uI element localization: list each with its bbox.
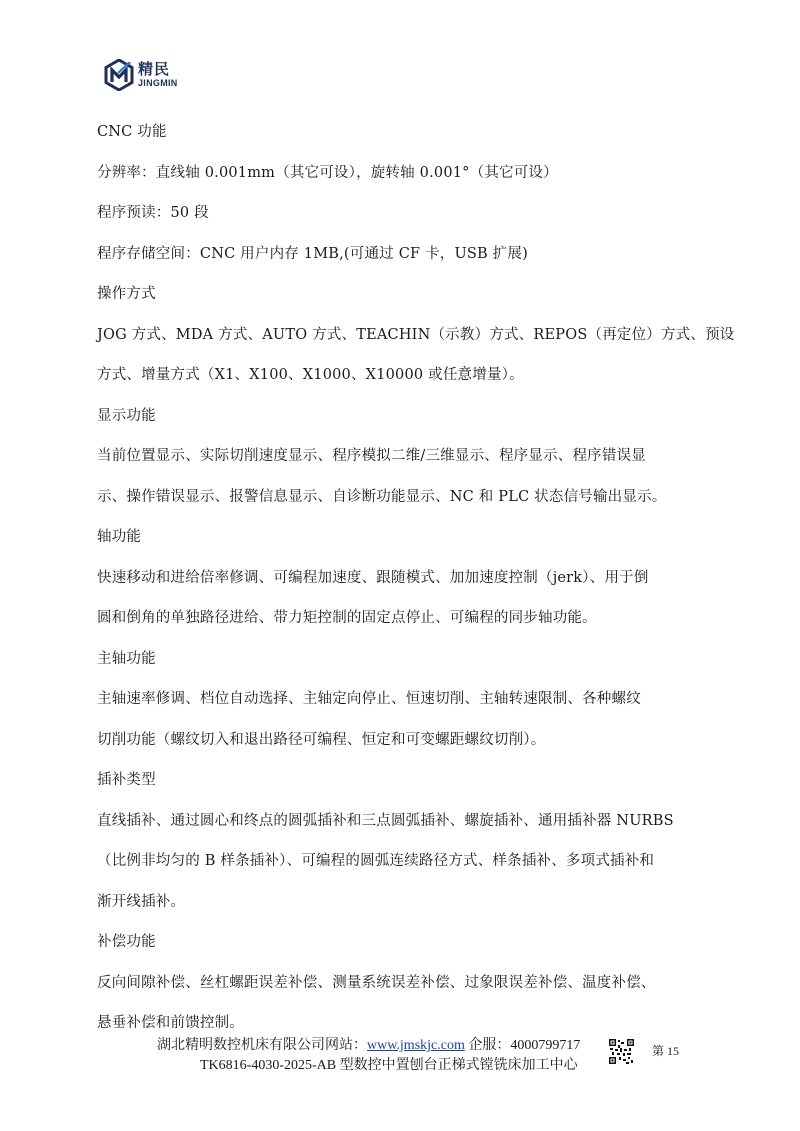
footer-service-phone: 企服：4000799717 xyxy=(465,1038,581,1053)
paragraph-line: 方式、增量方式（X1、X100、X1000、X10000 或任意增量）。 xyxy=(97,355,717,396)
paragraph-line: 程序预读：50 段 xyxy=(97,193,717,234)
paragraph-line: 切削功能（螺纹切入和退出路径可编程、恒定和可变螺距螺纹切削）。 xyxy=(97,720,717,761)
section-heading-axis: 轴功能 xyxy=(97,517,717,558)
logo-english-name: JINGMIN xyxy=(138,79,178,88)
paragraph-line: JOG 方式、MDA 方式、AUTO 方式、TEACHIN（示教）方式、REPO… xyxy=(97,315,717,356)
paragraph-line: 反向间隙补偿、丝杠螺距误差补偿、测量系统误差补偿、过象限误差补偿、温度补偿、 xyxy=(97,963,717,1004)
paragraph-line: 示、操作错误显示、报警信息显示、自诊断功能显示、NC 和 PLC 状态信号输出显… xyxy=(97,477,717,518)
footer-company-name: 湖北精明数控机床有限公司网站： xyxy=(157,1038,367,1053)
paragraph-line: 圆和倒角的单独路径进给、带力矩控制的固定点停止、可编程的同步轴功能。 xyxy=(97,598,717,639)
section-heading-display: 显示功能 xyxy=(97,396,717,437)
section-heading-operation-mode: 操作方式 xyxy=(97,274,717,315)
paragraph-line: （比例非均匀的 B 样条插补）、可编程的圆弧连续路径方式、样条插补、多项式插补和 xyxy=(97,841,717,882)
paragraph-line: 渐开线插补。 xyxy=(97,882,717,923)
paragraph-line: 快速移动和进给倍率修调、可编程加速度、跟随模式、加加速度控制（jerk）、用于倒 xyxy=(97,558,717,599)
company-logo: 精民 JINGMIN xyxy=(104,58,184,92)
section-heading-interpolation: 插补类型 xyxy=(97,760,717,801)
website-link[interactable]: www.jmskjc.com xyxy=(367,1038,465,1053)
footer-product-line: TK6816-4030-2025-AB 型数控中置刨台正梯式镗铣床加工中心 xyxy=(200,1054,578,1074)
paragraph-line: 当前位置显示、实际切削速度显示、程序模拟二维/三维显示、程序显示、程序错误显 xyxy=(97,436,717,477)
paragraph-line: 分辨率：直线轴 0.001mm（其它可设），旋转轴 0.001°（其它可设） xyxy=(97,153,717,194)
paragraph-line: 直线插补、通过圆心和终点的圆弧插补和三点圆弧插补、螺旋插补、通用插补器 NURB… xyxy=(97,801,717,842)
page-number: 第 15 xyxy=(652,1042,679,1059)
section-heading-compensation: 补偿功能 xyxy=(97,922,717,963)
section-heading-cnc: CNC 功能 xyxy=(97,112,717,153)
document-body: CNC 功能 分辨率：直线轴 0.001mm（其它可设），旋转轴 0.001°（… xyxy=(97,112,717,1044)
logo-chinese-name: 精民 xyxy=(138,62,178,77)
paragraph-line: 主轴速率修调、档位自动选择、主轴定向停止、恒速切削、主轴转速限制、各种螺纹 xyxy=(97,679,717,720)
footer-company-line: 湖北精明数控机床有限公司网站：www.jmskjc.com 企服：4000799… xyxy=(157,1034,580,1054)
section-heading-spindle: 主轴功能 xyxy=(97,639,717,680)
jingmin-logo-icon xyxy=(104,59,134,91)
page-footer: 湖北精明数控机床有限公司网站：www.jmskjc.com 企服：4000799… xyxy=(0,1034,800,1074)
qr-code-icon xyxy=(609,1039,634,1064)
paragraph-line: 程序存储空间：CNC 用户内存 1MB,(可通过 CF 卡，USB 扩展) xyxy=(97,234,717,275)
